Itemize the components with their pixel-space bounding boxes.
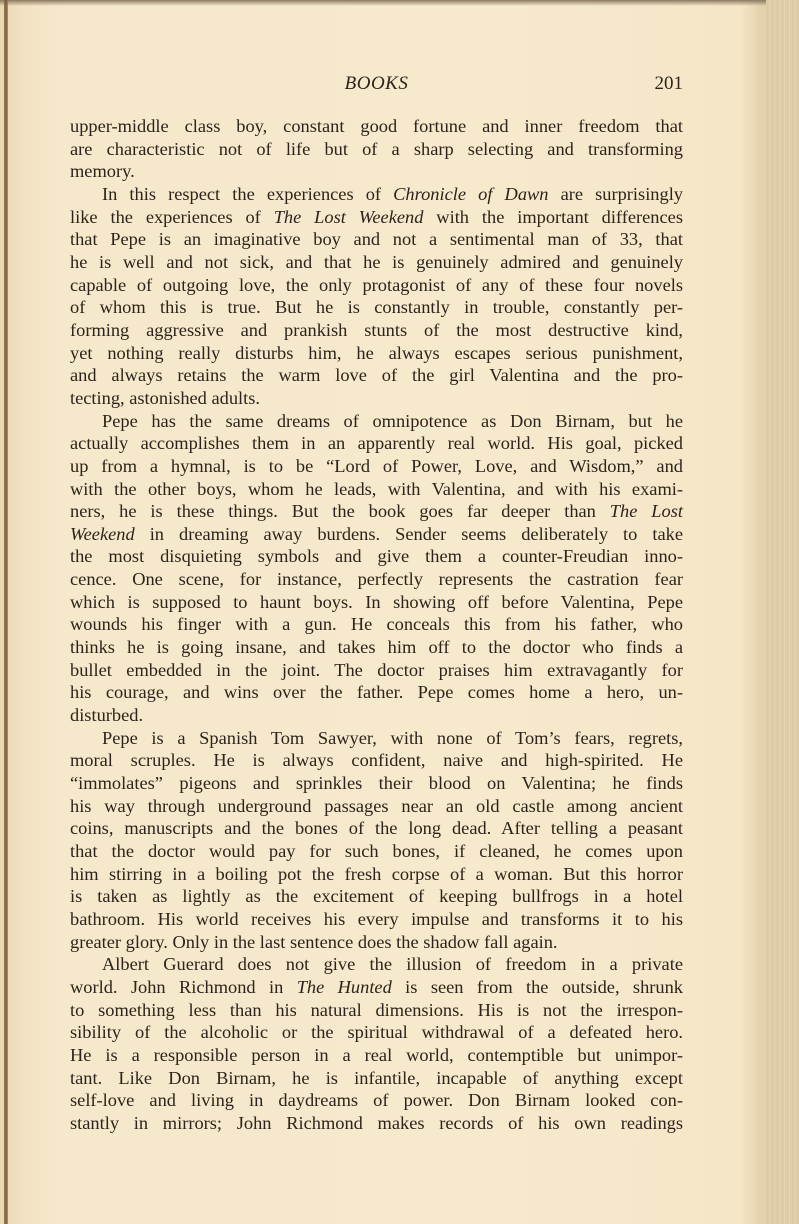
text-line: yet nothing really disturbs him, he alwa… (70, 342, 683, 365)
text-line: Pepe is a Spanish Tom Sawyer, with none … (70, 727, 683, 750)
text-line: cence. One scene, for instance, perfectl… (70, 568, 683, 591)
binding-edge (4, 0, 8, 1224)
paragraph: upper-middle class boy, constant good fo… (70, 115, 683, 183)
text-line: greater glory. Only in the last sentence… (70, 931, 683, 954)
text-line: sibility of the alcoholic or the spiritu… (70, 1021, 683, 1044)
text-line: of whom this is true. But he is constant… (70, 296, 683, 319)
italic-title: Weekend (70, 524, 135, 544)
text-line: is taken as lightly as the excitement of… (70, 885, 683, 908)
top-shadow (0, 0, 799, 6)
text-line: bathroom. His world receives his every i… (70, 908, 683, 931)
text-line: tecting, astonished adults. (70, 387, 683, 410)
text-line: upper-middle class boy, constant good fo… (70, 115, 683, 138)
text-line: ners, he is these things. But the book g… (70, 500, 683, 523)
text-line: capable of outgoing love, the only prota… (70, 274, 683, 297)
italic-title: The Lost (610, 501, 683, 521)
running-head: BOOKS 201 (70, 73, 683, 101)
text-line: Pepe has the same dreams of omnipotence … (70, 410, 683, 433)
text-line: In this respect the experiences of Chron… (70, 183, 683, 206)
text-line: memory. (70, 160, 683, 183)
text-line: are characteristic not of life but of a … (70, 138, 683, 161)
text-line: moral scruples. He is always confident, … (70, 749, 683, 772)
page-edge-stack (766, 0, 799, 1224)
text-line: with the other boys, whom he leads, with… (70, 478, 683, 501)
text-line: bullet embedded in the joint. The doctor… (70, 659, 683, 682)
text-line: He is a responsible person in a real wor… (70, 1044, 683, 1067)
body-text: upper-middle class boy, constant good fo… (70, 115, 683, 1135)
text-line: Weekend in dreaming away burdens. Sender… (70, 523, 683, 546)
italic-title: The Lost Weekend (274, 207, 424, 227)
text-line: world. John Richmond in The Hunted is se… (70, 976, 683, 999)
text-line: which is supposed to haunt boys. In show… (70, 591, 683, 614)
book-page: BOOKS 201 upper-middle class boy, consta… (0, 0, 799, 1224)
text-line: up from a hymnal, is to be “Lord of Powe… (70, 455, 683, 478)
text-line: to something less than his natural dimen… (70, 999, 683, 1022)
page-number: 201 (655, 73, 684, 95)
text-line: disturbed. (70, 704, 683, 727)
text-line: forming aggressive and prankish stunts o… (70, 319, 683, 342)
text-line: tant. Like Don Birnam, he is infantile, … (70, 1067, 683, 1090)
section-title: BOOKS (70, 73, 683, 95)
paragraph: Pepe is a Spanish Tom Sawyer, with none … (70, 727, 683, 954)
text-line: his courage, and wins over the father. P… (70, 681, 683, 704)
text-line: actually accomplishes them in an apparen… (70, 432, 683, 455)
text-line: self-love and living in daydreams of pow… (70, 1089, 683, 1112)
text-line: like the experiences of The Lost Weekend… (70, 206, 683, 229)
text-line: stantly in mirrors; John Richmond makes … (70, 1112, 683, 1135)
text-line: that the doctor would pay for such bones… (70, 840, 683, 863)
text-line: “immolates” pigeons and sprinkles their … (70, 772, 683, 795)
text-line: that Pepe is an imaginative boy and not … (70, 228, 683, 251)
text-line: thinks he is going insane, and takes him… (70, 636, 683, 659)
text-line: the most disquieting symbols and give th… (70, 545, 683, 568)
text-line: and always retains the warm love of the … (70, 364, 683, 387)
text-line: wounds his finger with a gun. He conceal… (70, 613, 683, 636)
text-line: his way through underground passages nea… (70, 795, 683, 818)
text-line: Albert Guerard does not give the illusio… (70, 953, 683, 976)
text-line: him stirring in a boiling pot the fresh … (70, 863, 683, 886)
italic-title: Chronicle of Dawn (393, 184, 548, 204)
paragraph: Pepe has the same dreams of omnipotence … (70, 410, 683, 727)
text-line: coins, manuscripts and the bones of the … (70, 817, 683, 840)
italic-title: The Hunted (297, 977, 392, 997)
paragraph: Albert Guerard does not give the illusio… (70, 953, 683, 1134)
text-line: he is well and not sick, and that he is … (70, 251, 683, 274)
paragraph: In this respect the experiences of Chron… (70, 183, 683, 410)
